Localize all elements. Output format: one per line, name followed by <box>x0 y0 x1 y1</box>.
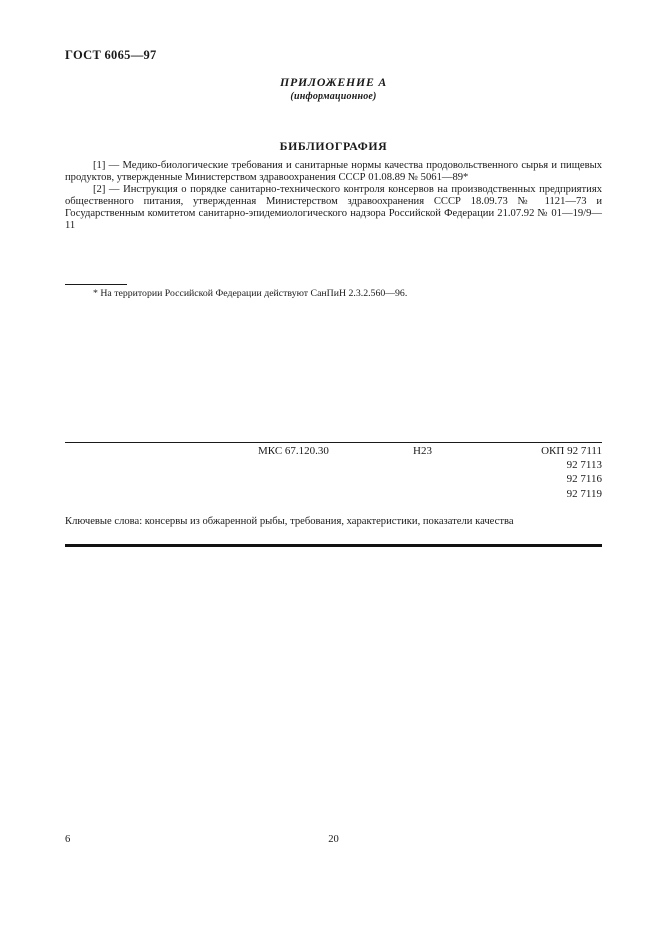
bibliography-entry-1: [1] — Медико-биологические требования и … <box>65 160 602 184</box>
okp-value-4: 92 7119 <box>65 487 602 501</box>
codes-row: МКС 67.120.30 Н23 ОКП 92 7111 <box>65 444 602 458</box>
codes-top-rule <box>65 442 602 443</box>
footnote: * На территории Российской Федерации дей… <box>65 288 602 300</box>
appendix-title: ПРИЛОЖЕНИЕ А <box>65 75 602 90</box>
document-page: ГОСТ 6065—97 ПРИЛОЖЕНИЕ А (информационно… <box>0 0 661 936</box>
page-number: 20 <box>65 834 602 845</box>
okp-code-line: ОКП 92 7111 <box>541 444 602 458</box>
bibliography-entry-2: [2] — Инструкция о порядке санитарно-тех… <box>65 184 602 232</box>
okp-value-1: 92 7111 <box>567 445 602 457</box>
classification-codes: МКС 67.120.30 Н23 ОКП 92 7111 92 7113 92… <box>65 444 602 501</box>
footnote-divider <box>65 284 127 285</box>
mks-code: МКС 67.120.30 <box>258 444 329 458</box>
okp-label: ОКП <box>541 445 564 457</box>
bibliography-list: [1] — Медико-биологические требования и … <box>65 160 602 231</box>
oks-code: Н23 <box>413 444 432 458</box>
okp-value-2: 92 7113 <box>65 458 602 472</box>
bottom-rule <box>65 544 602 547</box>
bibliography-heading: БИБЛИОГРАФИЯ <box>65 139 602 154</box>
appendix-subtitle: (информационное) <box>65 91 602 102</box>
okp-value-3: 92 7116 <box>65 472 602 486</box>
keywords-line: Ключевые слова: консервы из обжаренной р… <box>65 516 602 528</box>
doc-number: ГОСТ 6065—97 <box>65 48 157 63</box>
appendix-block: ПРИЛОЖЕНИЕ А (информационное) <box>65 75 602 102</box>
